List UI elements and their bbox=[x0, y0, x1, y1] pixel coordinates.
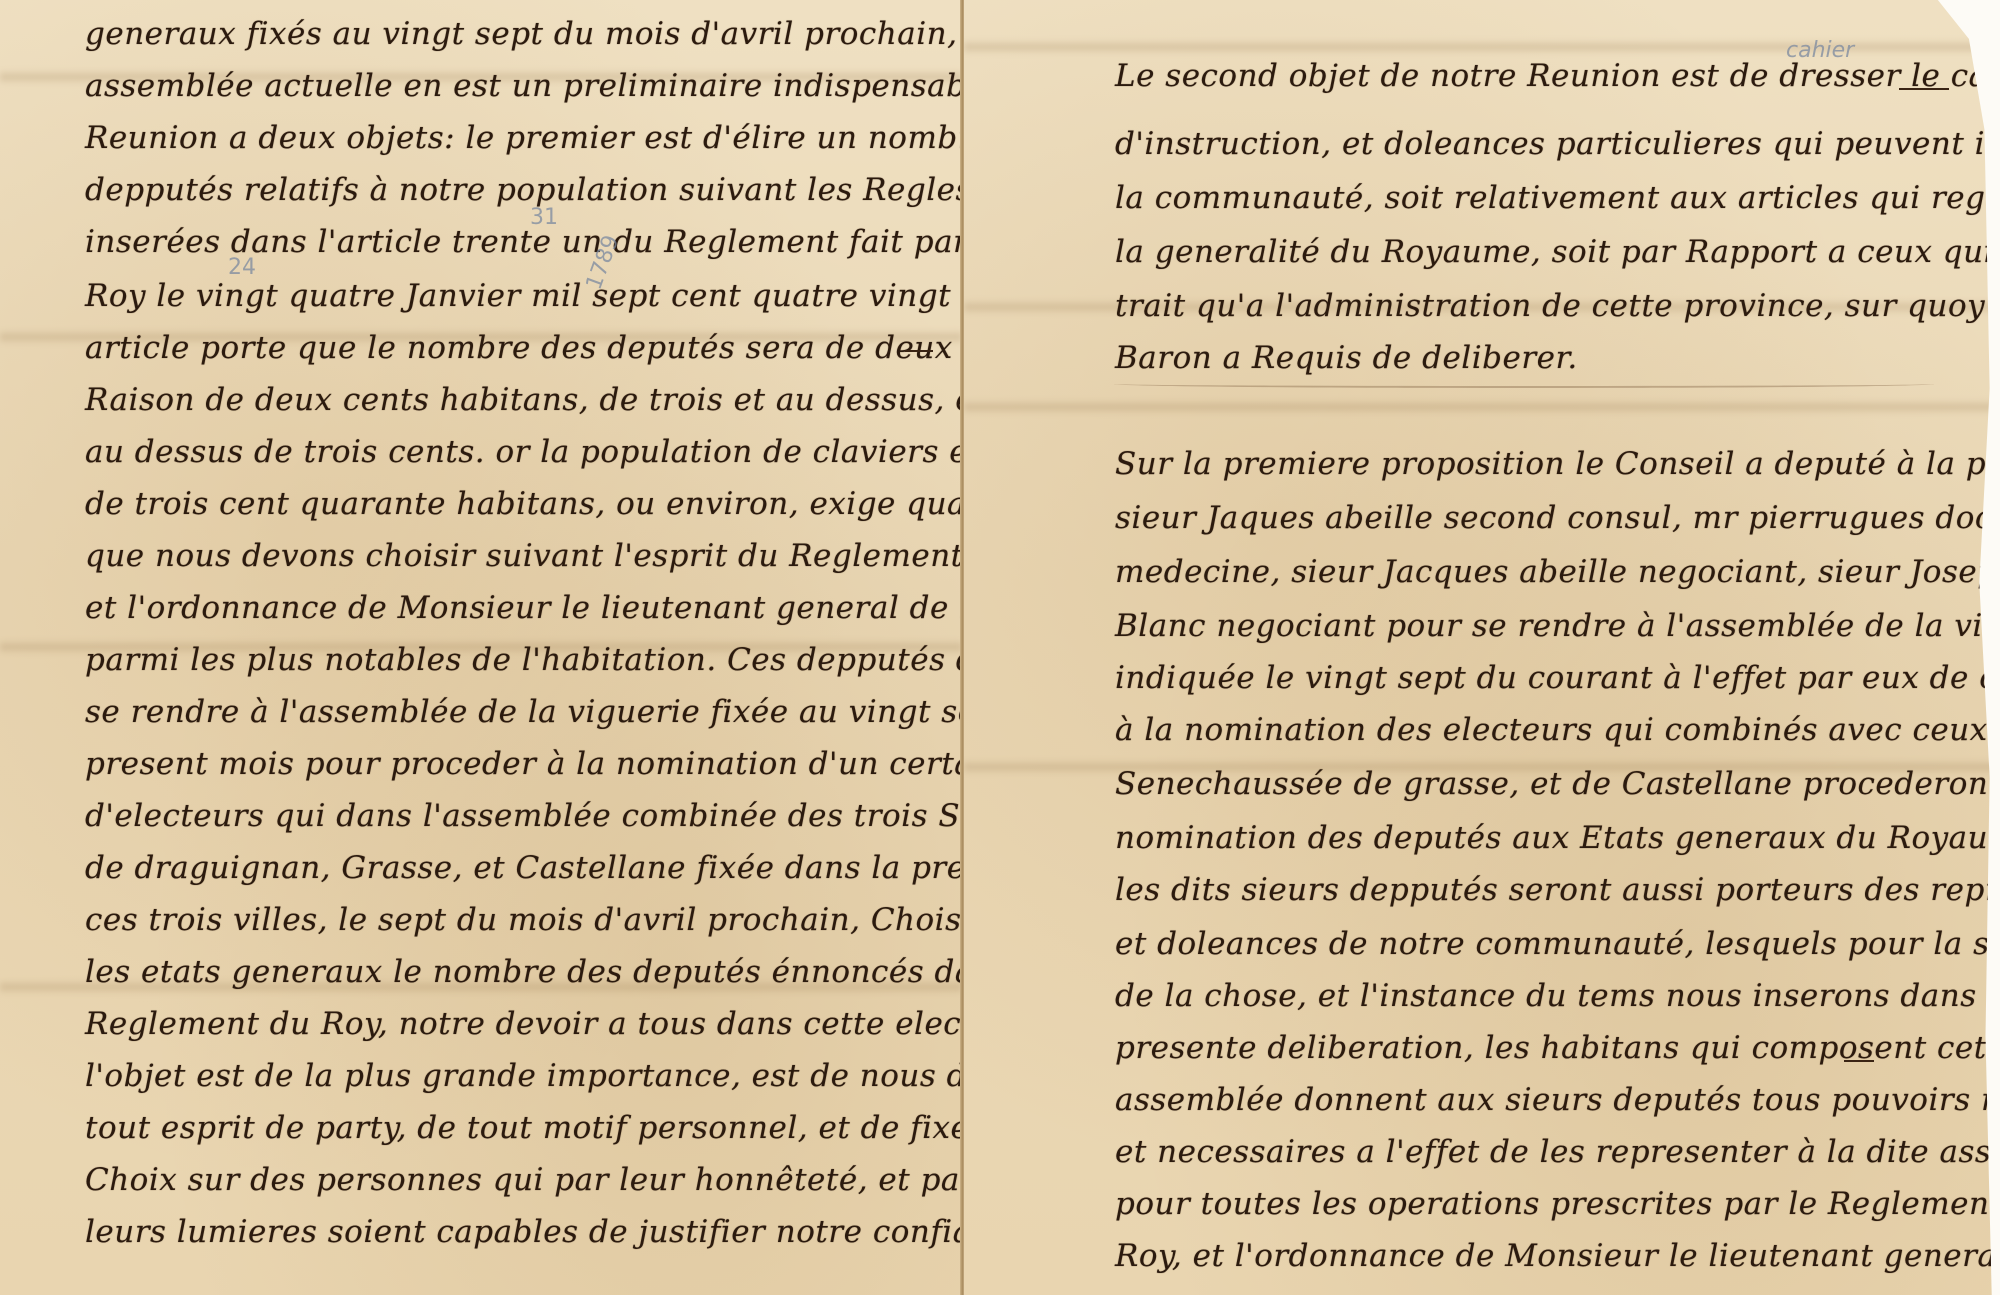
manuscript-line: trait qu'a l'administration de cette pro… bbox=[1115, 288, 2000, 324]
manuscript-line: parmi les plus notables de l'habitation.… bbox=[85, 642, 962, 678]
manuscript-line: Senechaussée de grasse, et de Castellane… bbox=[1115, 766, 2000, 802]
manuscript-line: et necessaires a l'effet de les represen… bbox=[1115, 1134, 2000, 1170]
manuscript-line: de draguignan, Grasse, et Castellane fix… bbox=[85, 850, 962, 886]
manuscript-line: les dits sieurs depputés seront aussi po… bbox=[1115, 872, 2000, 908]
line-filler-stroke bbox=[1844, 1060, 1874, 1062]
manuscript-line: Sur la premiere proposition le Conseil a… bbox=[1115, 446, 2000, 482]
manuscript-line: ces trois villes, le sept du mois d'avri… bbox=[85, 902, 962, 938]
manuscript-line: Blanc negociant pour se rendre à l'assem… bbox=[1115, 608, 2000, 644]
manuscript-line: au dessus de trois cents. or la populati… bbox=[85, 434, 962, 470]
manuscript-line: depputés relatifs à notre population sui… bbox=[85, 172, 962, 208]
manuscript-line: medecine, sieur Jacques abeille negocian… bbox=[1115, 554, 2000, 590]
manuscript-line: leurs lumieres soient capables de justif… bbox=[85, 1214, 962, 1250]
manuscript-line: à la nomination des electeurs qui combin… bbox=[1115, 712, 2000, 748]
manuscript-line: tout esprit de party, de tout motif pers… bbox=[85, 1110, 962, 1146]
manuscript-line: les etats generaux le nombre des deputés… bbox=[85, 954, 962, 990]
manuscript-line: Choix sur des personnes qui par leur hon… bbox=[85, 1162, 962, 1198]
manuscript-spread: generaux fixés au vingt sept du mois d'a… bbox=[0, 0, 2000, 1295]
manuscript-line: l'objet est de la plus grande importance… bbox=[85, 1058, 962, 1094]
manuscript-line: assemblée donnent aux sieurs deputés tou… bbox=[1115, 1082, 2000, 1118]
manuscript-line: Roy le vingt quatre Janvier mil sept cen… bbox=[85, 278, 962, 314]
manuscript-line: la communauté, soit relativement aux art… bbox=[1115, 180, 2000, 216]
manuscript-line: generaux fixés au vingt sept du mois d'a… bbox=[85, 16, 962, 52]
manuscript-line: Reunion a deux objets: le premier est d'… bbox=[85, 120, 962, 156]
manuscript-line: Baron a Requis de deliberer. bbox=[1115, 340, 1578, 376]
manuscript-line: Reglement du Roy, notre devoir a tous da… bbox=[85, 1006, 962, 1042]
manuscript-line: Roy, et l'ordonnance de Monsieur le lieu… bbox=[1115, 1238, 2000, 1274]
manuscript-line: sieur Jaques abeille second consul, mr p… bbox=[1115, 500, 2000, 536]
manuscript-line: article porte que le nombre des deputés … bbox=[85, 330, 962, 366]
manuscript-line: nomination des deputés aux Etats generau… bbox=[1115, 820, 2000, 856]
show-through-stain bbox=[964, 400, 2000, 414]
manuscript-line: se rendre à l'assemblée de la viguerie f… bbox=[85, 694, 962, 730]
manuscript-line: que nous devons choisir suivant l'esprit… bbox=[85, 538, 962, 574]
paragraph-separator bbox=[1114, 380, 1934, 388]
manuscript-line: et l'ordonnance de Monsieur le lieutenan… bbox=[85, 590, 962, 626]
manuscript-line: inserées dans l'article trente un du Reg… bbox=[85, 224, 962, 260]
pencil-annotation: 31 bbox=[530, 205, 558, 230]
manuscript-line: present mois pour proceder à la nominati… bbox=[85, 746, 962, 782]
manuscript-line: pour toutes les operations prescrites pa… bbox=[1115, 1186, 2000, 1222]
manuscript-line: Le second objet de notre Reunion est de … bbox=[1115, 58, 2000, 94]
manuscript-line: de trois cent quarante habitans, ou envi… bbox=[85, 486, 962, 522]
manuscript-line: de la chose, et l'instance du tems nous … bbox=[1115, 978, 2000, 1014]
line-filler-stroke bbox=[1899, 88, 1949, 90]
pencil-annotation: 24 bbox=[228, 255, 256, 280]
left-page: generaux fixés au vingt sept du mois d'a… bbox=[0, 0, 962, 1295]
manuscript-line: la generalité du Royaume, soit par Rappo… bbox=[1115, 234, 2000, 270]
manuscript-line: Raison de deux cents habitans, de trois … bbox=[85, 382, 962, 418]
right-page: cahier Le second objet de notre Reunion … bbox=[964, 0, 2000, 1295]
manuscript-line: assemblée actuelle en est un preliminair… bbox=[85, 68, 962, 104]
manuscript-line: et doleances de notre communauté, lesque… bbox=[1115, 926, 2000, 962]
manuscript-line: d'instruction, et doleances particuliere… bbox=[1115, 126, 2000, 162]
manuscript-line: d'electeurs qui dans l'assemblée combiné… bbox=[85, 798, 962, 834]
manuscript-line: indiquée le vingt sept du courant à l'ef… bbox=[1115, 660, 2000, 696]
line-filler-stroke bbox=[905, 350, 933, 352]
